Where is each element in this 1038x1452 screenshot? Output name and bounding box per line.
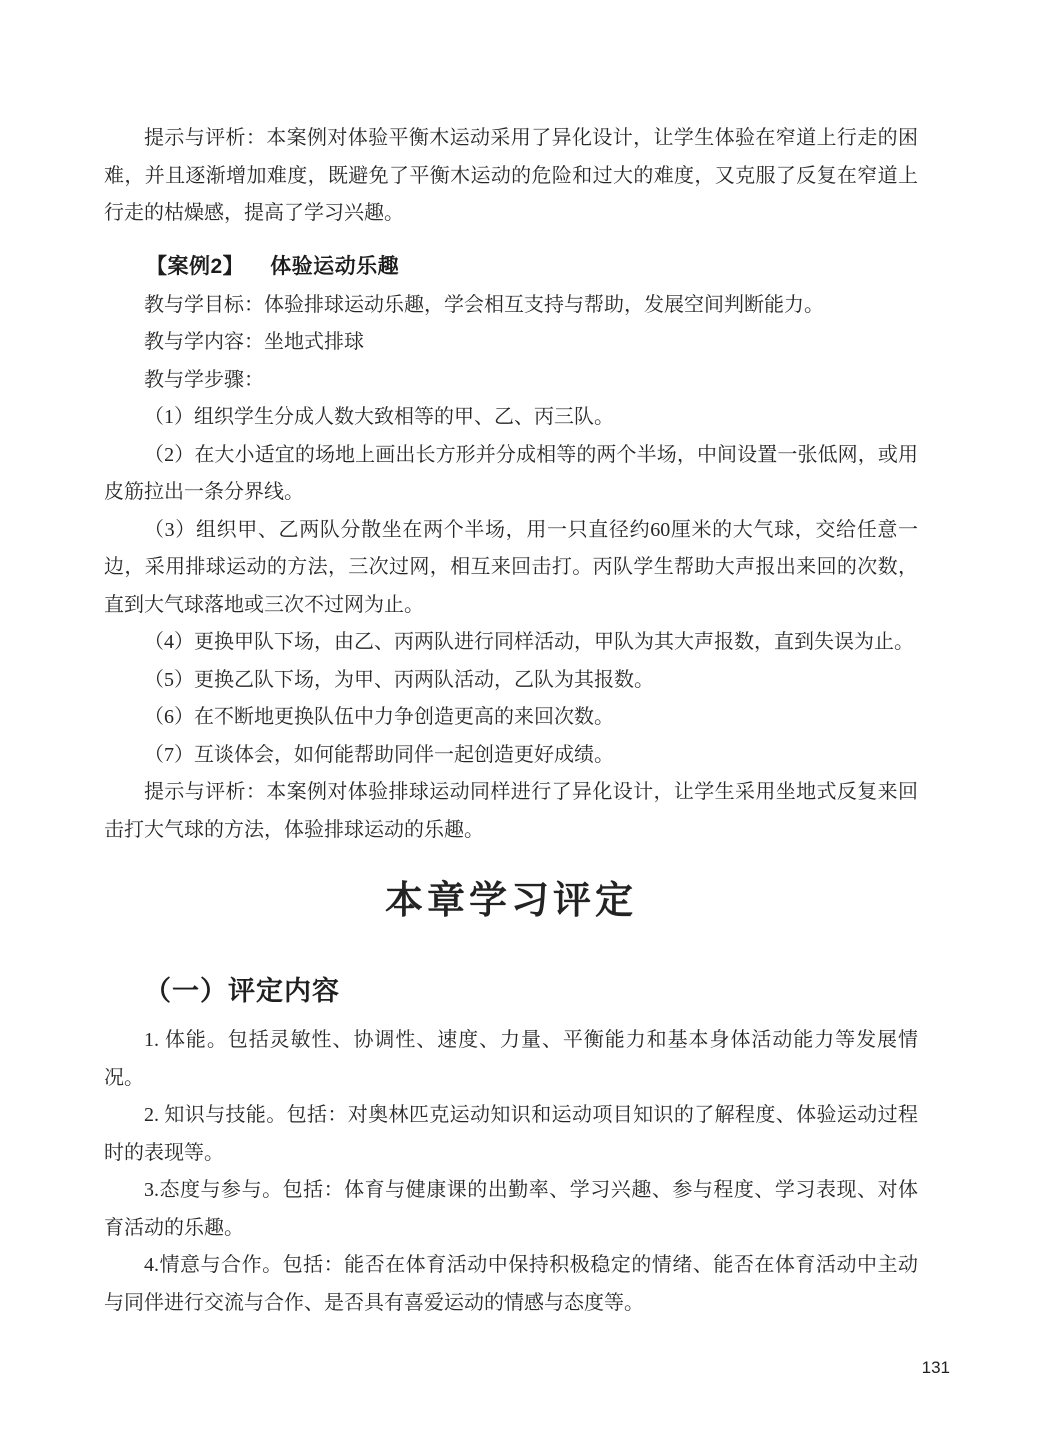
page-content: 提示与评析：本案例对体验平衡木运动采用了异化设计，让学生体验在窄道上行走的困难，… bbox=[104, 120, 918, 1322]
section-heading: （一）评定内容 bbox=[104, 969, 918, 1013]
case2-heading: 【案例2】体验运动乐趣 bbox=[104, 247, 918, 287]
chapter-title: 本章学习评定 bbox=[104, 873, 918, 929]
case2-step-5: （5）更换乙队下场，为甲、丙两队活动，乙队为其报数。 bbox=[104, 662, 918, 700]
case2-step-3: （3）组织甲、乙两队分散坐在两个半场，用一只直径约60厘米的大气球，交给任意一边… bbox=[104, 512, 918, 625]
case2-step-1: （1）组织学生分成人数大致相等的甲、乙、丙三队。 bbox=[104, 399, 918, 437]
evaluation-items: 1. 体能。包括灵敏性、协调性、速度、力量、平衡能力和基本身体活动能力等发展情况… bbox=[104, 1022, 918, 1322]
evaluation-item-1: 1. 体能。包括灵敏性、协调性、速度、力量、平衡能力和基本身体活动能力等发展情况… bbox=[104, 1022, 918, 1097]
case2-comment-paragraph: 提示与评析：本案例对体验排球运动同样进行了异化设计，让学生采用坐地式反复来回击打… bbox=[104, 774, 918, 849]
page-number: 131 bbox=[922, 1356, 950, 1380]
case2-step-6: （6）在不断地更换队伍中力争创造更高的来回次数。 bbox=[104, 699, 918, 737]
case1-comment-paragraph: 提示与评析：本案例对体验平衡木运动采用了异化设计，让学生体验在窄道上行走的困难，… bbox=[104, 120, 918, 233]
evaluation-item-3: 3.态度与参与。包括：体育与健康课的出勤率、学习兴趣、参与程度、学习表现、对体育… bbox=[104, 1172, 918, 1247]
case2-heading-title: 体验运动乐趣 bbox=[270, 255, 399, 278]
case2-steps-label: 教与学步骤： bbox=[104, 362, 918, 400]
document-page: 提示与评析：本案例对体验平衡木运动采用了异化设计，让学生体验在窄道上行走的困难，… bbox=[0, 0, 1038, 1452]
case2-step-7: （7）互谈体会，如何能帮助同伴一起创造更好成绩。 bbox=[104, 737, 918, 775]
case2-step-2: （2）在大小适宜的场地上画出长方形并分成相等的两个半场，中间设置一张低网，或用皮… bbox=[104, 437, 918, 512]
case2-content-paragraph: 教与学内容：坐地式排球 bbox=[104, 324, 918, 362]
evaluation-item-4: 4.情意与合作。包括：能否在体育活动中保持积极稳定的情绪、能否在体育活动中主动与… bbox=[104, 1247, 918, 1322]
case2-goal-paragraph: 教与学目标：体验排球运动乐趣，学会相互支持与帮助，发展空间判断能力。 bbox=[104, 287, 918, 325]
case2-heading-label: 【案例2】 bbox=[146, 255, 244, 278]
case2-step-4: （4）更换甲队下场，由乙、丙两队进行同样活动，甲队为其大声报数，直到失误为止。 bbox=[104, 624, 918, 662]
evaluation-item-2: 2. 知识与技能。包括：对奥林匹克运动知识和运动项目知识的了解程度、体验运动过程… bbox=[104, 1097, 918, 1172]
